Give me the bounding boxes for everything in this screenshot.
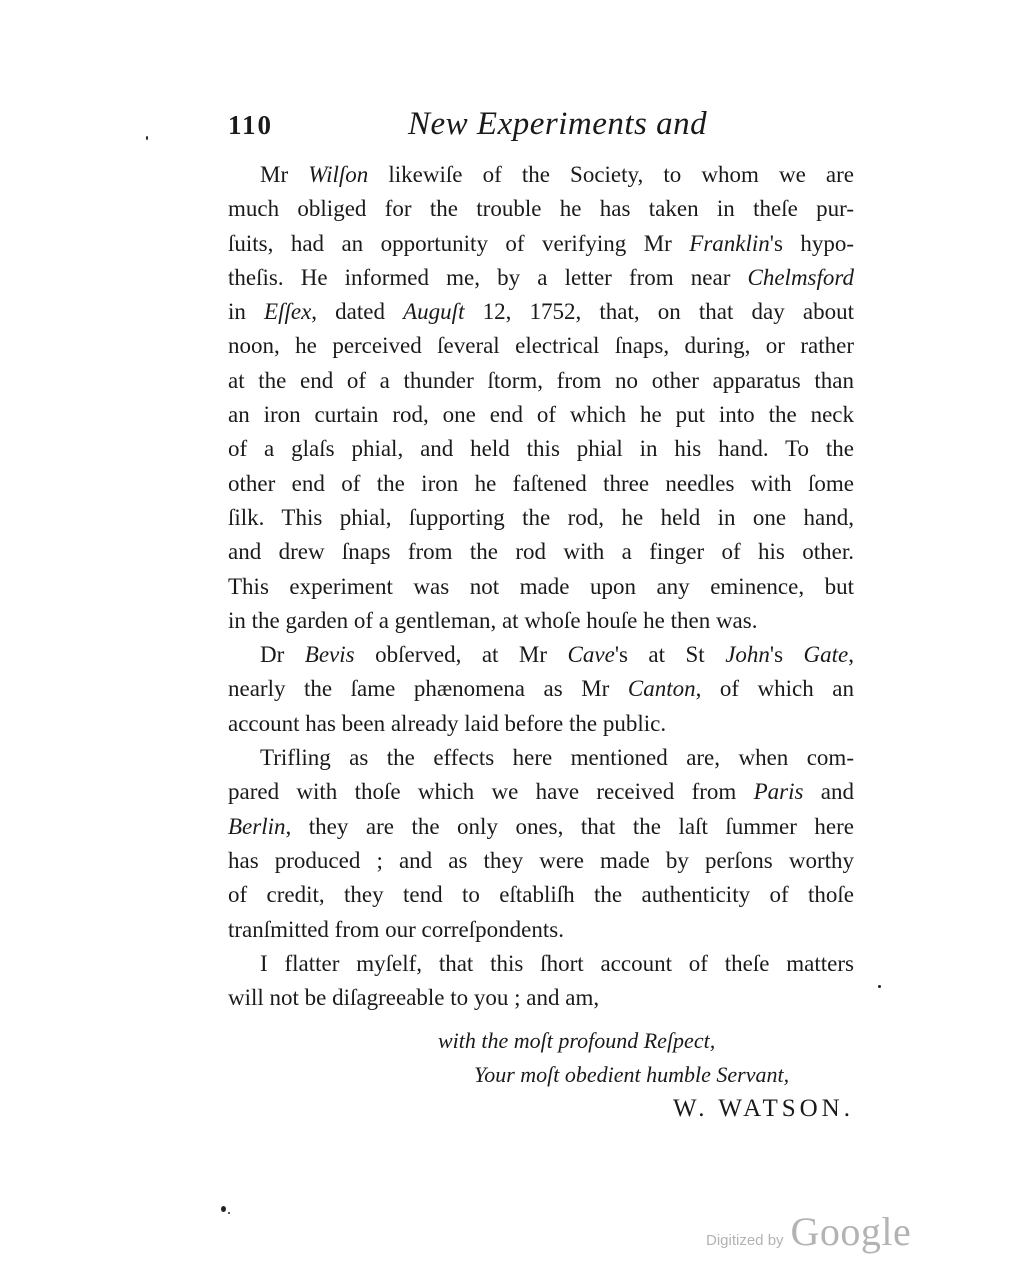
text-line: in Eſſex, dated Auguſt 12, 1752, that, o…	[228, 295, 854, 329]
scan-speck	[878, 985, 881, 988]
text-line: I flatter myſelf, that this ſhort accoun…	[228, 947, 854, 981]
closing-salutation: with the moſt profound Reſpect,	[228, 1024, 854, 1058]
italic-proper-noun: Chelmsford	[748, 265, 855, 290]
letter-closing: with the moſt profound Reſpect, Your moſ…	[228, 1024, 854, 1128]
text-line: nearly the ſame phænomena as Mr Canton, …	[228, 672, 854, 706]
text-line: theſis. He informed me, by a letter from…	[228, 261, 854, 295]
scan-speck	[221, 1206, 226, 1212]
paragraph-wilson: Mr Wilſon likewiſe of the Society, to wh…	[228, 158, 854, 638]
italic-proper-noun: Bevis	[305, 642, 355, 667]
paragraph-bevis: Dr Bevis obſerved, at Mr Cave's at St Jo…	[228, 638, 854, 741]
text-line: and drew ſnaps from the rod with a finge…	[228, 535, 854, 569]
text-line: tranſmitted from our correſpondents.	[228, 913, 854, 947]
page-number: 110	[228, 110, 273, 141]
text-line: Trifling as the effects here mentioned a…	[228, 741, 854, 775]
text-line: Dr Bevis obſerved, at Mr Cave's at St Jo…	[228, 638, 854, 672]
italic-proper-noun: Cave	[568, 642, 615, 667]
google-wordmark: Google	[791, 1209, 912, 1254]
running-title: New Experiments and	[408, 106, 707, 143]
text-line: of credit, they tend to eſtabliſh the au…	[228, 878, 854, 912]
italic-proper-noun: Eſſex	[264, 299, 311, 324]
text-line: has produced ; and as they were made by …	[228, 844, 854, 878]
text-line: of a glaſs phial, and held this phial in…	[228, 432, 854, 466]
text-line: will not be diſagreeable to you ; and am…	[228, 981, 854, 1015]
text-line: This experiment was not made upon any em…	[228, 570, 854, 604]
book-page: 110 New Experiments and Mr Wilſon likewi…	[0, 0, 1014, 1282]
text-line: ſuits, had an opportunity of verifying M…	[228, 227, 854, 261]
paragraph-trifling: Trifling as the effects here mentioned a…	[228, 741, 854, 947]
text-line: ſilk. This phial, ſupporting the rod, he…	[228, 501, 854, 535]
italic-proper-noun: Paris	[754, 779, 804, 804]
text-line: at the end of a thunder ſtorm, from no o…	[228, 364, 854, 398]
text-line: Berlin, they are the only ones, that the…	[228, 810, 854, 844]
scan-speck	[146, 136, 148, 140]
italic-proper-noun: Canton	[628, 676, 696, 701]
digitized-by-google-watermark: Digitized by Google	[706, 1208, 911, 1255]
italic-proper-noun: Franklin	[689, 231, 770, 256]
closing-valediction: Your moſt obedient humble Servant,	[228, 1058, 854, 1092]
text-line: in the garden of a gentleman, at whoſe h…	[228, 604, 854, 638]
body-text: Mr Wilſon likewiſe of the Society, to wh…	[228, 158, 854, 1015]
italic-proper-noun: Berlin	[228, 814, 286, 839]
scan-speck	[228, 1212, 230, 1214]
running-head: 110 New Experiments and	[228, 106, 858, 150]
paragraph-flatter: I flatter myſelf, that this ſhort accoun…	[228, 947, 854, 1016]
italic-proper-noun: Auguſt	[403, 299, 464, 324]
text-line: other end of the iron he faſtened three …	[228, 467, 854, 501]
text-line: account has been already laid before the…	[228, 707, 854, 741]
italic-proper-noun: Gate	[804, 642, 849, 667]
text-line: pared with thoſe which we have received …	[228, 775, 854, 809]
text-line: Mr Wilſon likewiſe of the Society, to wh…	[228, 158, 854, 192]
text-line: noon, he perceived ſeveral electrical ſn…	[228, 329, 854, 363]
signature: W. WATSON.	[228, 1092, 854, 1128]
italic-proper-noun: Wilſon	[308, 162, 368, 187]
italic-proper-noun: John	[725, 642, 770, 667]
text-line: an iron curtain rod, one end of which he…	[228, 398, 854, 432]
text-line: much obliged for the trouble he has take…	[228, 192, 854, 226]
watermark-prefix: Digitized by	[706, 1232, 784, 1249]
